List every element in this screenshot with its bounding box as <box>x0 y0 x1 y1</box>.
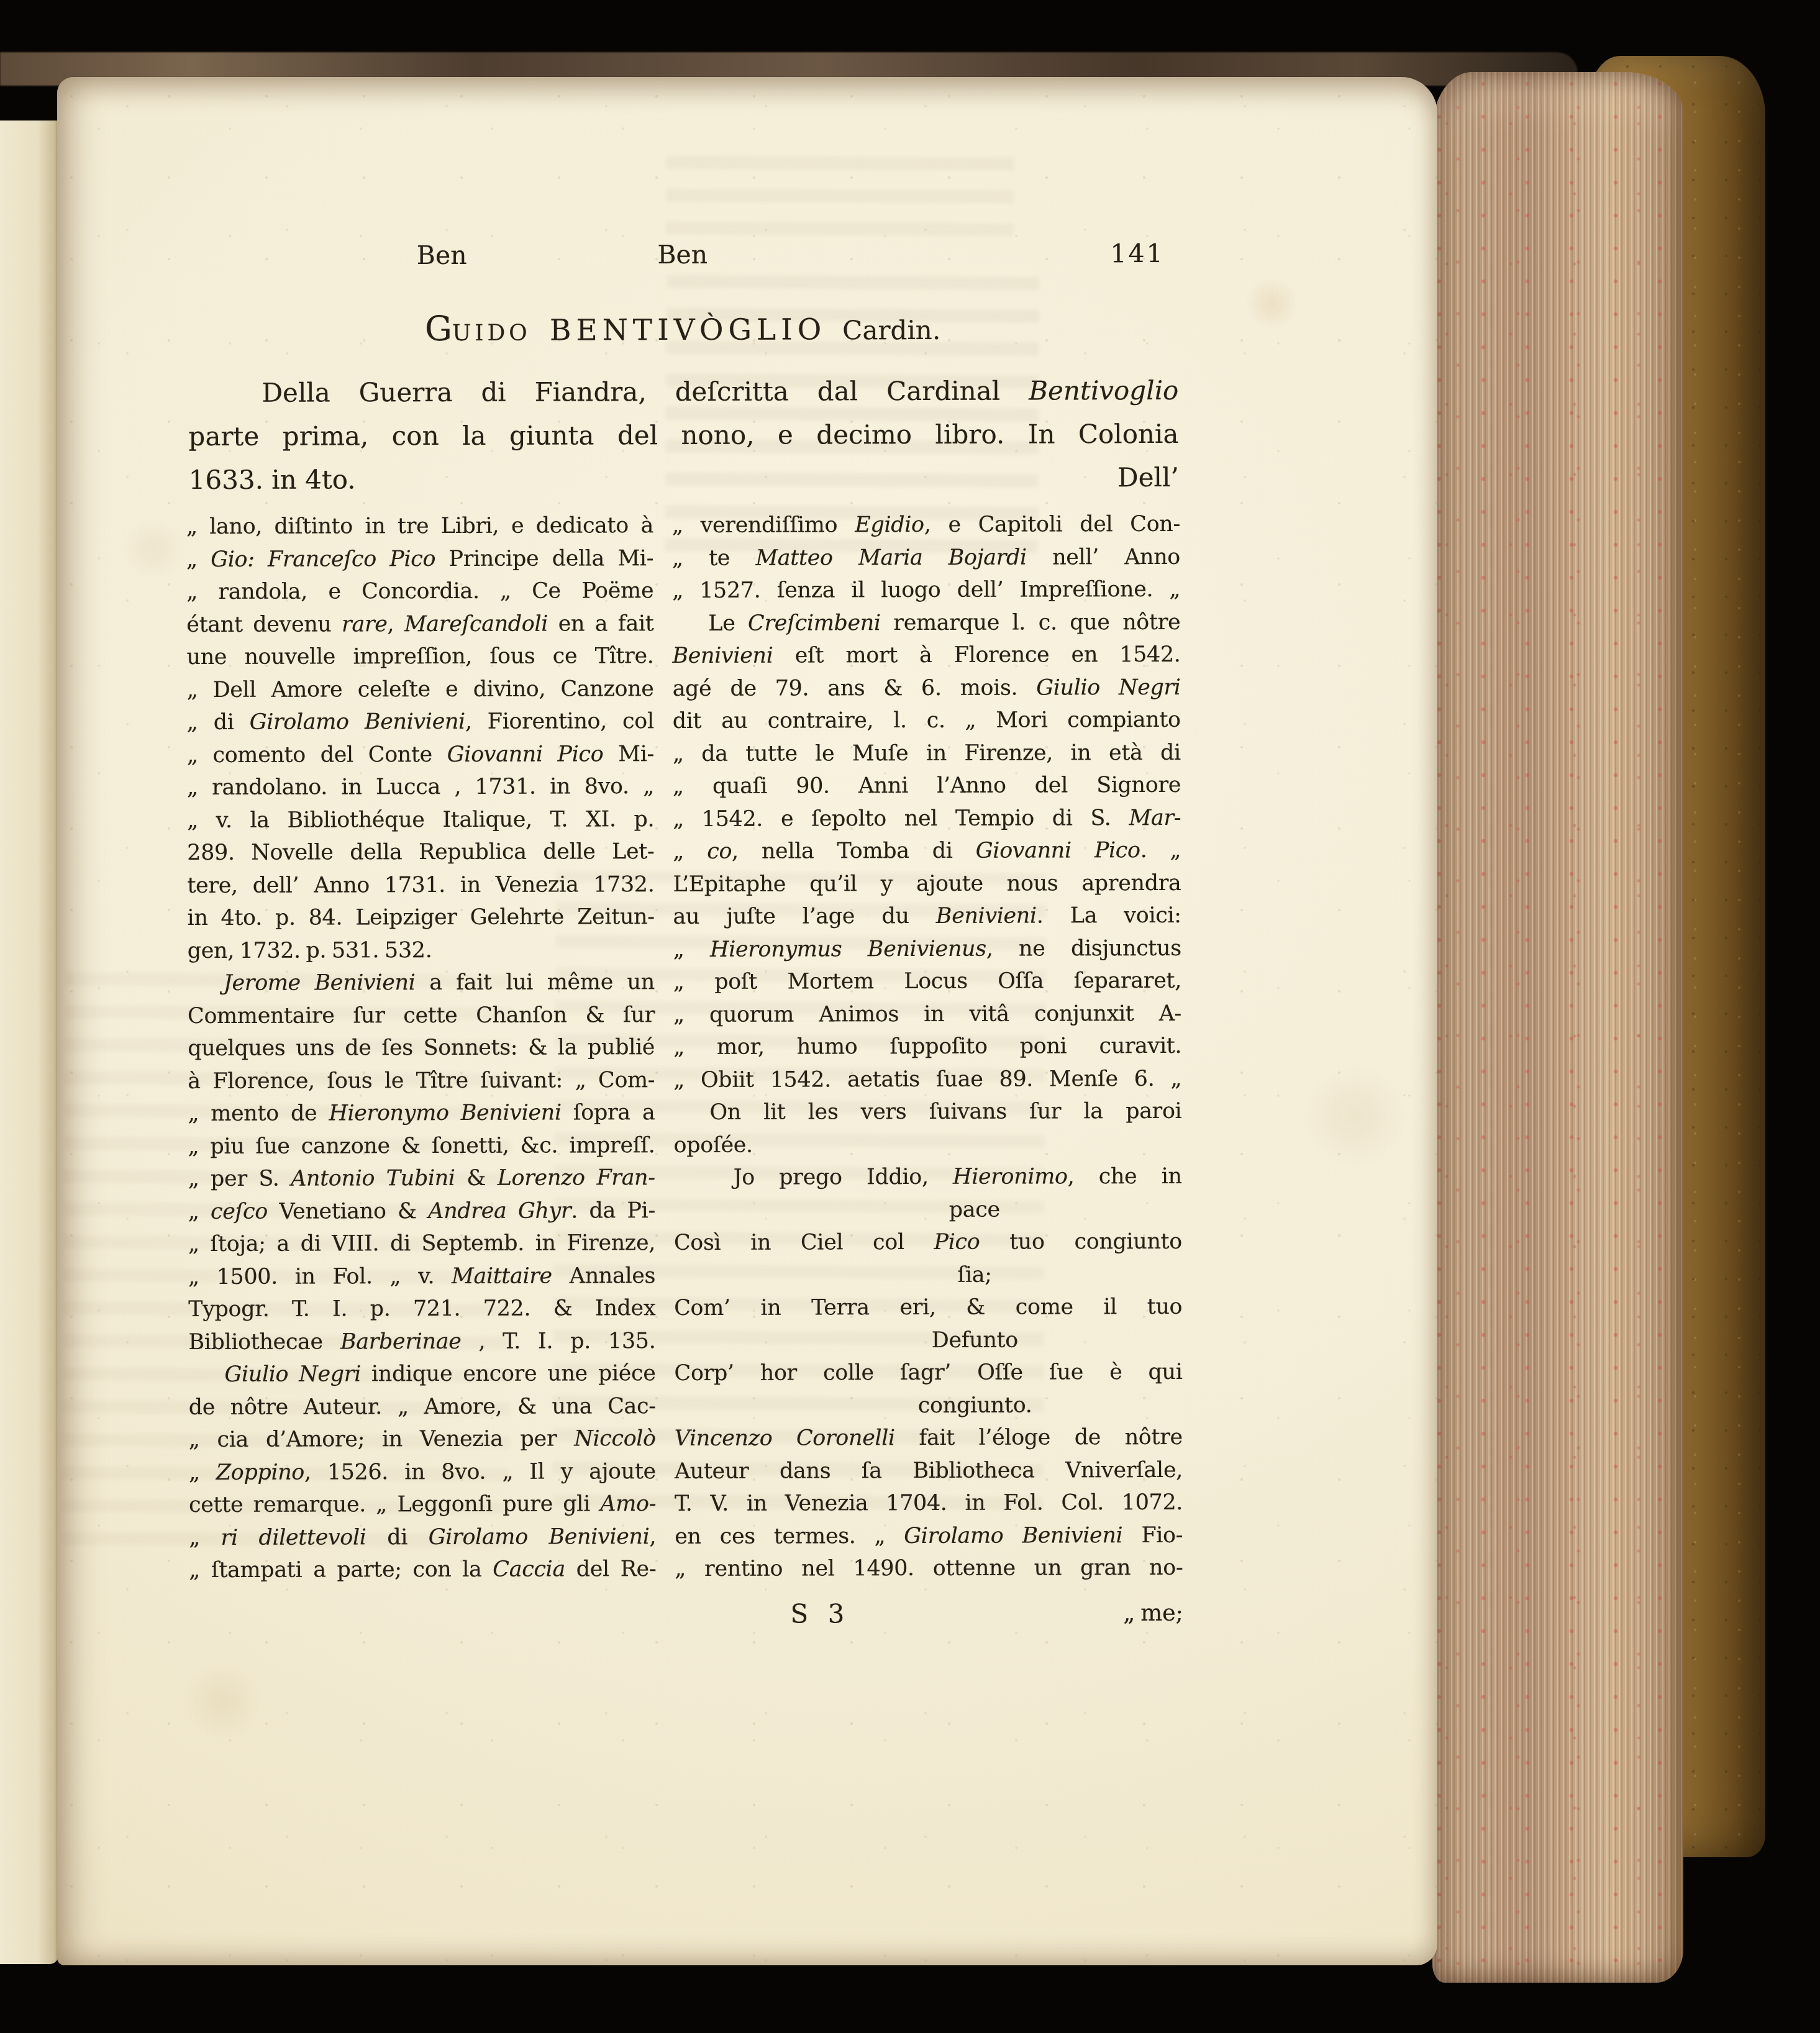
text-line: „ piu ſue canzone & ſonetti, &c. impreſſ… <box>188 1129 655 1163</box>
fore-edge-page-block <box>1432 72 1683 1983</box>
text-line: „ quorum Animos in vitâ conjunxit A- <box>673 997 1181 1031</box>
text-line: „ poſt Mortem Locus Oſſa ſepararet, <box>673 965 1181 999</box>
text-line: parte prima, con la giunta del nono, e d… <box>188 412 1178 458</box>
text-line: „ randola, e Concordia. „ Ce Poëme <box>186 575 653 608</box>
text-column-right: „ verendiſſimo Egidio, e Capitoli del Co… <box>672 508 1183 1633</box>
text-line: „ comento del Conte Giovanni Pico Mi- <box>187 738 654 771</box>
text-line: Della Guerra di Fiandra, deſcritta dal C… <box>188 369 1178 415</box>
text-line: à Florence, ſous le Tître ſuivant: „ Com… <box>188 1064 655 1098</box>
text-line: Le Creſcimbeni remarque l. c. que nôtre <box>672 606 1180 640</box>
book-page: Ben Ben 141 GUIDOBENTIVÒGLIOCardin. Dell… <box>57 77 1437 1965</box>
book-photograph: Ben Ben 141 GUIDOBENTIVÒGLIOCardin. Dell… <box>0 0 1820 2033</box>
text-line: au juſte l’age du Benivieni. La voici: <box>673 899 1181 934</box>
text-line: congiunto. <box>675 1388 1183 1422</box>
text-line: ſia; <box>674 1258 1182 1292</box>
text-line: Jerome Benivieni a fait lui même un <box>188 966 655 999</box>
text-line: Auteur dans ſa Bibliotheca Vniverſale, <box>675 1453 1183 1488</box>
text-line: „ Dell Amore celeſte e divino, Canzone <box>187 673 654 706</box>
text-line: Giulio Negri indique encore une piéce <box>188 1357 655 1391</box>
text-line: in 4to. p. 84. Leipziger Gelehrte Zeitun… <box>187 901 654 934</box>
text-line: quelques uns de ſes Sonnets: & la publié <box>188 1031 655 1065</box>
text-line: „ verendiſſimo Egidio, e Capitoli del Co… <box>672 508 1180 542</box>
text-line: „ lano, diſtinto in tre Libri, e dedicat… <box>186 509 653 543</box>
text-line: „ 1527. ſenza il luogo dell’ Impreſſione… <box>672 573 1180 607</box>
text-line: „ co, nella Tomba di Giovanni Pico. „ <box>673 834 1181 868</box>
text-line: „ v. la Bibliothéque Italique, T. XI. p. <box>187 803 654 837</box>
text-line: „ cia d’Amore; in Venezia per Niccolò <box>189 1422 656 1456</box>
catchword: Dell’ <box>1117 456 1179 499</box>
text-line: Benivieni eſt mort à Florence en 1542. <box>672 639 1180 673</box>
text-line: opoſée. <box>673 1127 1181 1162</box>
text-line: „ di Girolamo Benivieni, Fiorentino, col <box>187 705 654 739</box>
imprint-line: 1633. in 4to. <box>189 458 356 502</box>
text-line: Jo prego Iddio, Hieronimo, che in <box>674 1160 1182 1194</box>
text-line: Così in Ciel col Pico tuo congiunto <box>674 1226 1182 1260</box>
text-line: agé de 79. ans & 6. mois. Giulio Negri <box>673 671 1181 705</box>
text-line: „ rentino nel 1490. ottenne un gran no- <box>675 1552 1183 1586</box>
entry-title-suffix: Cardin. <box>842 315 940 345</box>
text-line: 289. Novelle della Republica delle Let- <box>187 835 654 869</box>
text-column-left: „ lano, diſtinto in tre Libri, e dedicat… <box>186 509 657 1586</box>
text-line: cette remarque. „ Leggonſi pure gli Amo- <box>189 1488 656 1521</box>
text-line: L’Epitaphe qu’il y ajoute nous aprendra <box>673 866 1181 901</box>
text-line: Corp’ hor colle ſagr’ Oſſe ſue è qui <box>674 1356 1182 1390</box>
text-line: Defunto <box>674 1323 1182 1357</box>
text-line: „ per S. Antonio Tubini & Lorenzo Fran- <box>188 1162 655 1195</box>
text-line: dit au contraire, l. c. „ Mori compianto <box>673 704 1181 738</box>
text-line: „ randolano. in Lucca , 1731. in 8vo. „ <box>187 770 654 804</box>
text-line: „ mor, humo ſuppoſito poni curavit. <box>673 1030 1181 1064</box>
text-line: Commentaire ſur cette Chanſon & ſur <box>188 999 655 1032</box>
running-header: Ben Ben 141 <box>186 239 1180 277</box>
text-line: Com’ in Terra eri, & come il tuo <box>674 1291 1182 1325</box>
text-line: „ ſtampati a parte; con la Caccia del Re… <box>189 1553 656 1586</box>
text-line: de nôtre Auteur. „ Amore, & una Cac- <box>189 1390 656 1424</box>
text-line: „ da tutte le Muſe in Firenze, in età di <box>673 736 1181 770</box>
text-line: „ te Matteo Maria Bojardi nell’ Anno <box>672 540 1180 575</box>
text-line: „ 1500. in Fol. „ v. Maittaire Annales <box>188 1260 655 1293</box>
text-line: Vincenzo Coronelli fait l’éloge de nôtre <box>675 1421 1183 1455</box>
facing-page-sliver <box>0 121 58 1964</box>
text-line: „ mento de Hieronymo Benivieni ſopra a <box>188 1096 655 1130</box>
text-line: Typogr. T. I. p. 721. 722. & Index <box>188 1292 655 1326</box>
text-line: „ Hieronymus Benivienus, ne disjunctus <box>673 932 1181 966</box>
text-line: „ Obiit 1542. aetatis ſuae 89. Menſe 6. … <box>673 1062 1181 1096</box>
text-line: Bibliothecae Barberinae , T. I. p. 135. <box>188 1325 655 1358</box>
text-line: „ Gio: Franceſco Pico Principe della Mi- <box>186 542 653 576</box>
text-line: T. V. in Venezia 1704. in Fol. Col. 1072… <box>675 1486 1183 1521</box>
signature-line: S 3 „ me; <box>675 1594 1183 1632</box>
text-line: „ ri dilettevoli di Girolamo Benivieni, <box>189 1521 656 1554</box>
text-line: étant devenu rare, Mareſcandoli en a fai… <box>186 607 653 641</box>
text-line: gen, 1732. p. 531. 532. <box>188 934 655 967</box>
entry-title: GUIDOBENTIVÒGLIOCardin. <box>186 307 1180 349</box>
text-line: tere, dell’ Anno 1731. in Venezia 1732. <box>187 868 654 902</box>
text-line: une nouvelle impreſſion, ſous ce Tître. <box>186 640 653 673</box>
page-number: 141 <box>1110 239 1164 268</box>
text-line: „ Zoppino, 1526. in 8vo. „ Il y ajoute <box>189 1455 656 1489</box>
text-line: „ ſtoja; a di VIII. di Septemb. in Firen… <box>188 1227 655 1260</box>
page-content: Ben Ben 141 GUIDOBENTIVÒGLIOCardin. Dell… <box>185 76 1184 1967</box>
entry-title-surname: BENTIVÒGLIO <box>550 312 827 347</box>
text-line: en ces termes. „ Girolamo Benivieni Fio- <box>675 1519 1183 1553</box>
intro-last-line: 1633. in 4to. Dell’ <box>189 456 1179 502</box>
running-title-center: Ben <box>186 239 1180 271</box>
text-line: „ quaſi 90. Anni l’Anno del Signore <box>673 769 1181 803</box>
intro-lines: Della Guerra di Fiandra, deſcritta dal C… <box>188 369 1178 458</box>
right-column-lines: „ verendiſſimo Egidio, e Capitoli del Co… <box>672 508 1183 1586</box>
gathering-signature-mark: S 3 <box>790 1595 850 1632</box>
text-line: On lit les vers ſuivans ſur la paroi <box>673 1095 1181 1129</box>
entry-title-initial: G <box>425 309 452 348</box>
text-line: „ ceſco Venetiano & Andrea Ghyr. da Pi- <box>188 1194 655 1228</box>
catchword: „ me; <box>1123 1594 1183 1631</box>
entry-heading-paragraph: Della Guerra di Fiandra, deſcritta dal C… <box>188 369 1179 502</box>
text-line: „ 1542. e ſepolto nel Tempio di S. Mar- <box>673 801 1181 835</box>
entry-title-smallcaps: UIDO <box>452 321 531 346</box>
text-line: pace <box>674 1193 1182 1227</box>
